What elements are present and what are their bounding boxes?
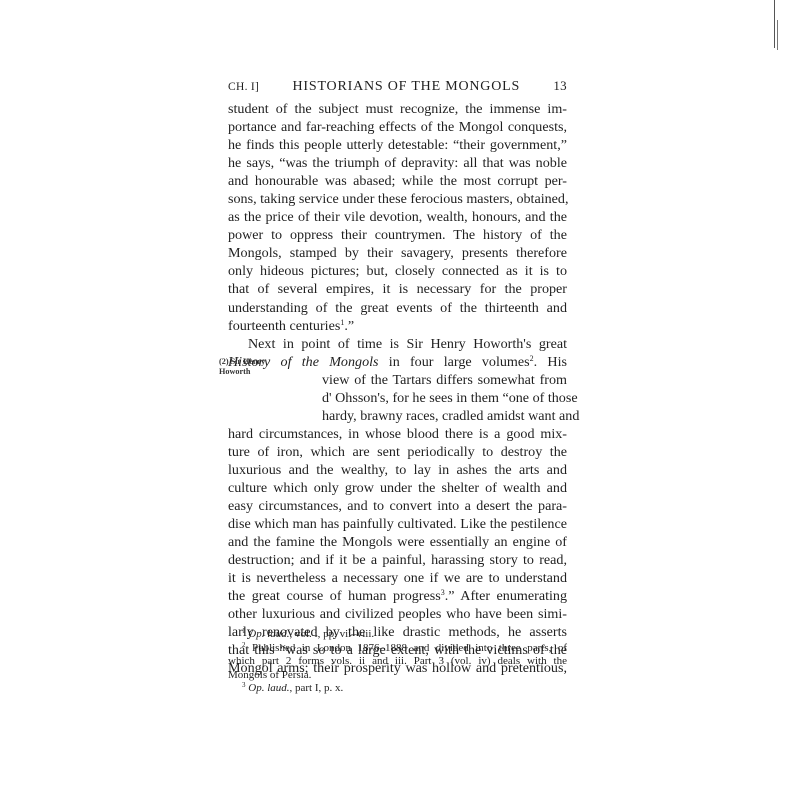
footnote-2: 2 Published in London 1876–1888 and divi…: [228, 642, 567, 656]
text-span: in four large volumes: [379, 354, 530, 370]
text-span: .” After enumerating: [445, 588, 567, 604]
body-text: student of the subject must recognize, t…: [228, 100, 567, 678]
footnote-3: 3 Op. laud., part I, p. x.: [228, 682, 567, 696]
footnote-2-line: Mongols of Persia.: [228, 669, 567, 683]
text-line: hard circumstances, in whose blood there…: [228, 425, 567, 443]
text-line: student of the subject must recognize, t…: [228, 100, 567, 118]
text-line: luxurious and the wealthy, to lay in ash…: [228, 461, 567, 479]
text-line: that of several empires, it is necessary…: [228, 280, 567, 298]
text-line: ture of iron, which are sent periodicall…: [228, 443, 567, 461]
margin-note: (2) Sir Henry Howorth: [219, 357, 279, 377]
footnotes: 1 Op. laud., vol. i, pp. vii–viii. 2 Pub…: [228, 628, 567, 696]
text-line: destruction; and if it be a painful, har…: [228, 551, 567, 569]
footnote-italic: Op. laud.: [248, 682, 289, 694]
text-line: Mongols, stamped by their savagery, pres…: [228, 244, 567, 262]
text-line: portance and far-reaching effects of the…: [228, 118, 567, 136]
text-line: fourteenth centuries1.”: [228, 317, 567, 335]
margin-note-line: (2) Sir Henry: [219, 357, 279, 367]
footnote-text: Published in London 1876–1888 and divide…: [246, 642, 568, 654]
page-title: HISTORIANS OF THE MONGOLS: [293, 79, 521, 95]
scan-edge-artifact: [774, 0, 775, 48]
text-line: and honourable was abased; while the mos…: [228, 172, 567, 190]
footnote-text: , vol. i, pp. vii–viii.: [290, 628, 375, 640]
page-number: 13: [553, 78, 567, 94]
text-line: d' Ohsson's, for he sees in them “one of…: [228, 389, 567, 407]
text-line: hardy, brawny races, cradled amidst want…: [228, 407, 567, 425]
text-line: only hideous pictures; but, closely conn…: [228, 262, 567, 280]
margin-note-line: Howorth: [219, 367, 279, 377]
text-line: the great course of human progress3.” Af…: [228, 587, 567, 605]
text-line: understanding of the great events of the…: [228, 299, 567, 317]
footnote-italic: Op. laud.: [248, 628, 289, 640]
text-line: it is nevertheless a necessary one if we…: [228, 569, 567, 587]
footnote-1: 1 Op. laud., vol. i, pp. vii–viii.: [228, 628, 567, 642]
inset-lines: view of the Tartars differs somewhat fro…: [228, 371, 567, 425]
footnote-number: 1: [242, 627, 246, 635]
text-line: he says, “was the triumph of depravity: …: [228, 154, 567, 172]
paragraph-1: student of the subject must recognize, t…: [228, 100, 567, 335]
footnote-ref[interactable]: 1: [340, 318, 344, 327]
text-line: as the price of their vile devotion, wea…: [228, 208, 567, 226]
paragraph-2: (2) Sir Henry Howorth Next in point of t…: [228, 335, 567, 678]
text-line: other luxurious and civilized peoples wh…: [228, 605, 567, 623]
text-line: Next in point of time is Sir Henry Howor…: [228, 335, 567, 353]
running-head: CH. I] HISTORIANS OF THE MONGOLS 13: [228, 78, 567, 96]
text-line: he finds this people utterly detestable:…: [228, 136, 567, 154]
chapter-label: CH. I]: [228, 81, 259, 93]
text-span: the great course of human progress: [228, 588, 441, 604]
text-line: sons, taking service under these ferocio…: [228, 190, 567, 208]
text-line: easy circumstances, and to convert into …: [228, 497, 567, 515]
body-lines: hard circumstances, in whose blood there…: [228, 425, 567, 587]
text-line: power to oppress their countrymen. The h…: [228, 226, 567, 244]
book-page: CH. I] HISTORIANS OF THE MONGOLS 13 stud…: [228, 78, 567, 678]
text-span: . His: [534, 354, 567, 370]
scan-edge-artifact-secondary: [777, 20, 778, 50]
text-line: dise which man has painfully cultivated.…: [228, 515, 567, 533]
footnote-text: , part I, p. x.: [290, 682, 344, 694]
text-line: and the famine the Mongols were essentia…: [228, 533, 567, 551]
text-line: culture which only grow under the shelte…: [228, 479, 567, 497]
footnote-number: 3: [242, 681, 246, 689]
footnote-2-line: which part 2 forms vols. ii and iii. Par…: [228, 655, 567, 669]
